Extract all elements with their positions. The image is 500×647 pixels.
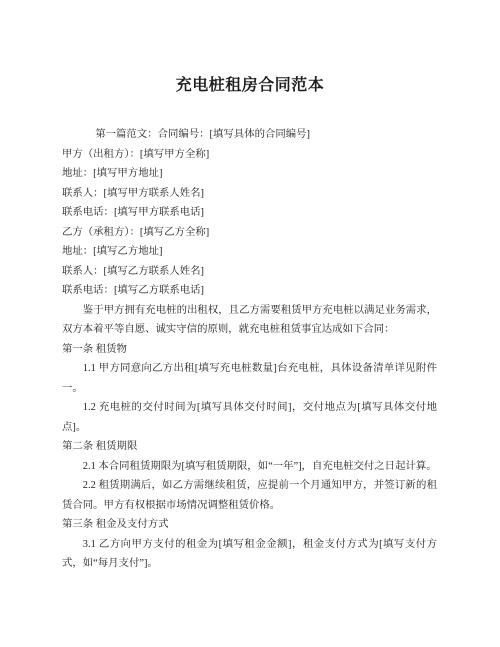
clause-3-1-paragraph: 3.1 乙方向甲方支付的租金为[填写租金金额]，租金支付方式为[填写支付方式，如… [62,535,437,574]
party-a-phone-line: 联系电话：[填写甲方联系电话] [62,203,437,223]
clause-2-1-paragraph: 2.1 本合同租赁期限为[填写租赁期限，如“一年”]，自充电桩交付之日起计算。 [62,457,437,477]
document-body: 第一篇范文：合同编号：[填写具体的合同编号] 甲方（出租方）：[填写甲方全称] … [62,125,437,574]
party-b-address-line: 地址：[填写乙方地址] [62,242,437,262]
party-b-phone-line: 联系电话：[填写乙方联系电话] [62,281,437,301]
party-a-contact-line: 联系人：[填写甲方联系人姓名] [62,184,437,204]
party-b-name-line: 乙方（承租方）：[填写乙方全称] [62,223,437,243]
clause-3-heading: 第三条 租金及支付方式 [62,515,437,535]
clause-1-1-paragraph: 1.1 甲方同意向乙方出租[填写充电桩数量]台充电桩，具体设备清单详见附件一。 [62,359,437,398]
template-intro-contract-number: 第一篇范文：合同编号：[填写具体的合同编号] [62,125,437,145]
party-a-name-line: 甲方（出租方）：[填写甲方全称] [62,145,437,165]
contract-document-page: 充电桩租房合同范本 第一篇范文：合同编号：[填写具体的合同编号] 甲方（出租方）… [0,0,500,647]
document-title: 充电桩租房合同范本 [0,0,500,97]
clause-1-heading: 第一条 租赁物 [62,340,437,360]
clause-1-2-paragraph: 1.2 充电桩的交付时间为[填写具体交付时间]，交付地点为[填写具体交付地点]。 [62,398,437,437]
clause-2-heading: 第二条 租赁期限 [62,437,437,457]
clause-2-2-paragraph: 2.2 租赁期满后，如乙方需继续租赁，应提前一个月通知甲方，并签订新的租赁合同。… [62,476,437,515]
party-b-contact-line: 联系人：[填写乙方联系人姓名] [62,262,437,282]
party-a-address-line: 地址：[填写甲方地址] [62,164,437,184]
preamble-paragraph: 鉴于甲方拥有充电桩的出租权，且乙方需要租赁甲方充电桩以满足业务需求，双方本着平等… [62,301,437,340]
